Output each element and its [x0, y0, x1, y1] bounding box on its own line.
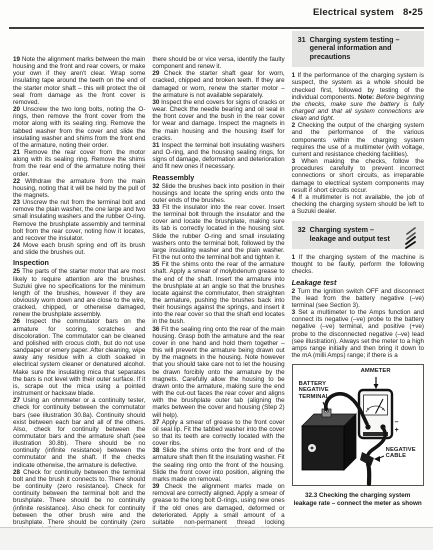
minus-sign: – [395, 419, 399, 426]
spanner-rating-icon [403, 227, 419, 251]
step-paragraph: 37 Apply a smear of grease to the front … [152, 419, 284, 448]
step-number: 23 [13, 199, 20, 206]
step-number: 1 [292, 72, 296, 79]
section-title: Charging system testing – general inform… [310, 36, 400, 61]
step-paragraph: 4 If a multimeter is not available, the … [292, 194, 424, 215]
section-32-body-b: 2 Turn the ignition switch OFF and disco… [292, 288, 424, 360]
step-paragraph: 35 Fit the shims onto the rear of the ar… [152, 261, 284, 325]
step-paragraph: 27 Using an ohmmeter or a continuity tes… [13, 397, 145, 469]
step-number: 35 [152, 261, 159, 268]
step-paragraph: 21 Remove the rear cover from the motor … [13, 149, 145, 178]
column-3: 31 Charging system testing – general inf… [292, 31, 424, 547]
step-number: 39 [152, 483, 159, 490]
leakage-test-subheading: Leakage test [292, 279, 424, 287]
step-paragraph: 31 Inspect the terminal bolt insulating … [152, 142, 284, 171]
section-number: 32 [298, 226, 306, 243]
section-number: 31 [298, 36, 306, 61]
step-paragraph: 36 Fit the sealing ring onto the rear of… [152, 326, 284, 419]
text-columns: 19 Note the alignment marks between the … [13, 31, 424, 547]
step-number: 1 [292, 254, 296, 261]
manual-page: Electrical system8•25 19 Note the alignm… [0, 0, 433, 550]
section-32-body-a: 1 If the charging system of the machine … [292, 254, 424, 275]
step-paragraph: 1 If the charging system of the machine … [292, 254, 424, 275]
step-paragraph: 32 Slide the brushes back into position … [152, 183, 284, 204]
negative-cable-label: NEGATIVE CABLE [386, 447, 416, 460]
step-paragraph: there should be or vice versa, identify … [152, 56, 284, 70]
step-paragraph: 23 Unscrew the nut from the terminal bol… [13, 199, 145, 242]
step-number: 4 [292, 194, 296, 201]
plus-sign: + [395, 427, 399, 434]
step-number: 2 [292, 122, 296, 129]
header-chapter-title: Electrical system [313, 7, 394, 18]
step-paragraph: 22 Withdraw the armature from the main h… [13, 178, 145, 199]
step-paragraph: 26 Inspect the commutator bars on the ar… [13, 318, 145, 397]
step-number: 32 [152, 183, 159, 190]
step-paragraph: 29 Check the starter shaft gear for worn… [152, 70, 284, 99]
step-paragraph: 24 Move each brush spring end off its br… [13, 242, 145, 256]
step-paragraph: 2 Checking the output of the charging sy… [292, 122, 424, 158]
page-header: Electrical system8•25 [313, 7, 423, 18]
step-number: 29 [152, 70, 159, 77]
step-paragraph: 19 Note the alignment marks between the … [13, 56, 145, 106]
step-number: 37 [152, 419, 159, 426]
step-number: 20 [13, 106, 20, 113]
step-number: 24 [13, 242, 20, 249]
section-31-heading: 31 Charging system testing – general inf… [292, 31, 424, 67]
figure-32-3: AMMETER BATTERY NEGATIVE TERMINAL NEGATI… [292, 364, 424, 486]
step-number: 31 [152, 142, 159, 149]
step-number: 33 [152, 204, 159, 211]
step-number: 3 [292, 309, 296, 316]
step-paragraph: 33 Fit the insulator into the rear cover… [152, 204, 284, 261]
column-1: 19 Note the alignment marks between the … [13, 31, 145, 547]
column-2: there should be or vice versa, identify … [152, 31, 284, 547]
section-32-heading: 32 Charging system – leakage and output … [292, 221, 424, 249]
ammeter-label: AMMETER [348, 368, 404, 374]
step-number: 25 [13, 268, 20, 275]
step-paragraph: 3 Set a multimeter to the Amps function … [292, 309, 424, 359]
header-rule [9, 27, 424, 29]
step-number: 30 [152, 99, 159, 106]
subheading: Reassembly [152, 174, 284, 182]
step-paragraph: 28 Check for continuity between the term… [13, 469, 145, 533]
step-number: 2 [292, 288, 296, 295]
step-paragraph: 3 When making the checks, follow the pro… [292, 158, 424, 194]
subheading: Inspection [13, 259, 145, 267]
battery-negative-terminal-label: BATTERY NEGATIVE TERMINAL [299, 381, 330, 400]
header-page-number: 8•25 [403, 7, 423, 18]
step-number: 22 [13, 178, 20, 185]
page-bottom-margin [0, 528, 433, 550]
step-number: 28 [13, 469, 20, 476]
step-paragraph: 25 The parts of the starter motor that a… [13, 268, 145, 318]
step-number: 38 [152, 447, 159, 454]
step-paragraph: 38 Slide the shims onto the front end of… [152, 447, 284, 483]
step-paragraph: 30 Inspect the end covers for signs of c… [152, 99, 284, 142]
section-title: Charging system – leakage and output tes… [310, 226, 390, 243]
step-paragraph: 2 Turn the ignition switch OFF and disco… [292, 288, 424, 309]
step-paragraph: 20 Unscrew the two long bolts, noting th… [13, 106, 145, 149]
figure-caption: 32.3 Checking the charging system leakag… [292, 492, 424, 507]
battery [302, 409, 356, 470]
step-number: 21 [13, 149, 20, 156]
step-number: 26 [13, 318, 20, 325]
step-number: 27 [13, 397, 20, 404]
step-number: 3 [292, 158, 296, 165]
section-31-body: 1 If the performance of the charging sys… [292, 72, 424, 215]
step-number: 36 [152, 326, 159, 333]
step-paragraph: 1 If the performance of the charging sys… [292, 72, 424, 122]
step-number: 19 [13, 56, 20, 63]
